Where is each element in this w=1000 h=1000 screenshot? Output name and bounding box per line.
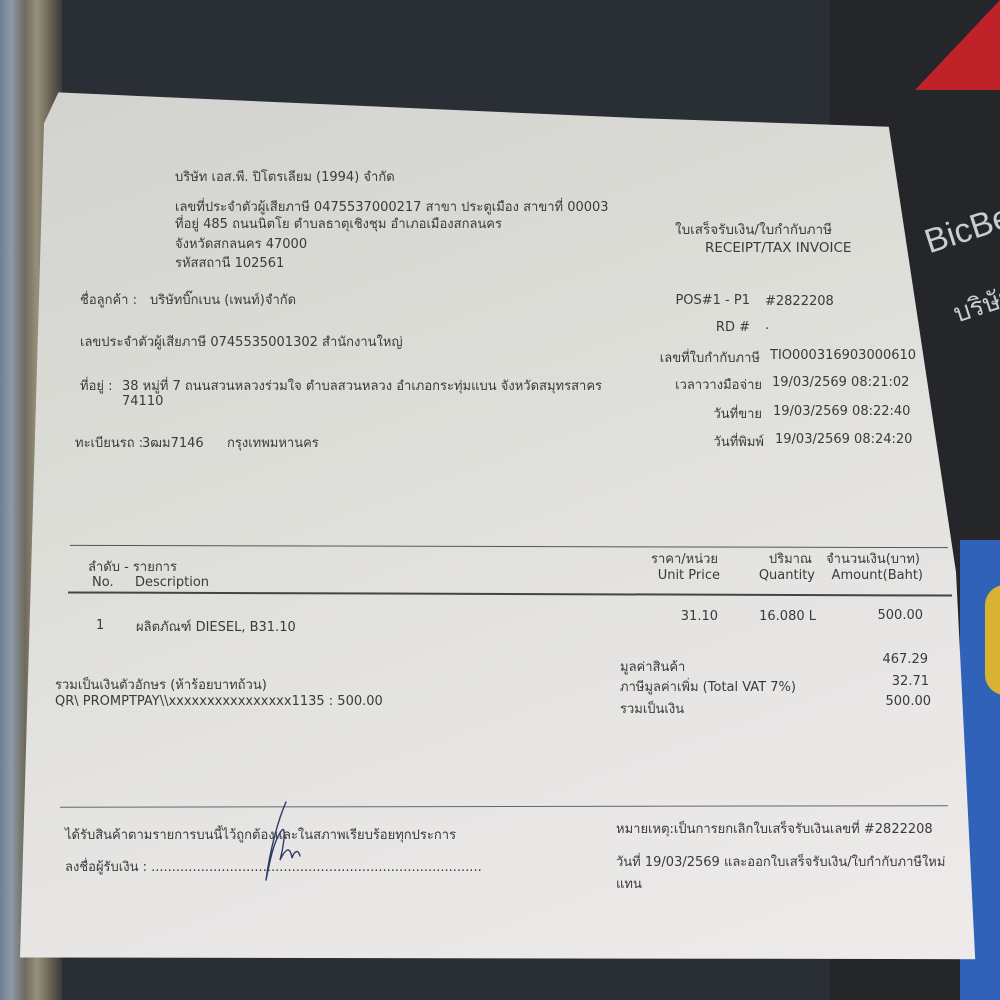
vat-value: 32.71 <box>840 674 929 689</box>
footer-rule <box>60 805 948 808</box>
amount-in-words: รวมเป็นเงินตัวอักษร (ห้าร้อยบาทถ้วน) <box>55 674 267 695</box>
meta-label-sale-date: วันที่ขาย <box>580 403 762 424</box>
total-value: 500.00 <box>840 694 931 709</box>
header-unit-price: Unit Price <box>600 568 720 583</box>
seller-address-1: ที่อยู่ 485 ถนนนิตโย ตำบลธาตุเชิงชุม อำเ… <box>175 213 502 234</box>
row-amount: 500.00 <box>820 608 923 623</box>
doc-title-thai: ใบเสร็จรับเงิน/ใบกำกับภาษี <box>675 218 832 240</box>
doc-title-english: RECEIPT/TAX INVOICE <box>705 240 851 256</box>
background-red-triangle <box>915 0 1000 90</box>
meta-value-print-date: 19/03/2569 08:24:20 <box>775 432 912 447</box>
row-quantity: 16.080 L <box>730 609 816 624</box>
handwritten-signature <box>256 800 316 890</box>
meta-label-pos: POS#1 - P1 <box>580 293 750 308</box>
header-unit-price-thai: ราคา/หน่วย <box>600 548 718 569</box>
remark-line-1: หมายเหตุ:เป็นการยกเลิกใบเสร็จรับเงินเลขท… <box>616 818 933 839</box>
background-yellow-object <box>985 585 1000 695</box>
subtotal-value: 467.29 <box>840 652 928 667</box>
customer-address-2: 74110 <box>122 394 163 409</box>
header-amount: Amount(Baht) <box>820 568 923 583</box>
receipt-paper: บริษัท เอส.พี. ปิโตรเลียม (1994) จำกัด เ… <box>20 88 980 968</box>
meta-value-dispense-time: 19/03/2569 08:21:02 <box>772 375 909 390</box>
customer-name: บริษัทบิ๊กเบน (เพนท์)จำกัด <box>150 289 296 310</box>
customer-tax-id: เลขประจำตัวผู้เสียภาษี 0745535001302 สำน… <box>80 331 403 352</box>
plate-number: 3ฒม7146 <box>142 432 204 453</box>
meta-label-dispense-time: เวลาวางมือจ่าย <box>580 374 762 395</box>
header-amount-thai: จำนวนเงิน(บาท) <box>820 548 920 569</box>
row-unit-price: 31.10 <box>620 609 718 624</box>
total-label: รวมเป็นเงิน <box>620 698 684 719</box>
meta-label-tax-invoice-no: เลขที่ใบกำกับภาษี <box>580 347 760 368</box>
remark-line-2: วันที่ 19/03/2569 และออกใบเสร็จรับเงิน/ใ… <box>616 851 945 872</box>
payment-method: QR\ PROMPTPAY\\xxxxxxxxxxxxxxxx1135 : 50… <box>55 694 383 709</box>
table-top-rule <box>70 545 948 548</box>
table-header-rule <box>68 591 952 596</box>
customer-name-label: ชื่อลูกค้า : <box>80 289 137 310</box>
customer-address-label: ที่อยู่ : <box>80 375 113 396</box>
meta-value-rd: . <box>765 318 769 333</box>
plate-label: ทะเบียนรถ : <box>75 432 143 453</box>
meta-value-pos: #2822208 <box>765 294 834 309</box>
remark-line-3: แทน <box>616 873 642 894</box>
customer-address-1: 38 หมู่ที่ 7 ถนนสวนหลวงร่วมใจ ตำบลสวนหลว… <box>122 375 602 396</box>
meta-value-tax-invoice-no: TIO000316903000610 <box>770 348 916 363</box>
header-no-description-thai: ลำดับ - รายการ <box>88 556 177 577</box>
header-description: Description <box>135 575 209 590</box>
plate-province: กรุงเทพมหานคร <box>227 432 319 453</box>
header-quantity-thai: ปริมาณ <box>730 548 812 569</box>
seller-station-code: รหัสสถานี 102561 <box>175 252 284 273</box>
row-no: 1 <box>96 618 104 633</box>
meta-value-sale-date: 19/03/2569 08:22:40 <box>773 404 910 419</box>
meta-label-print-date: วันที่พิมพ์ <box>580 431 764 452</box>
header-no: No. <box>92 575 114 590</box>
seller-name: บริษัท เอส.พี. ปิโตรเลียม (1994) จำกัด <box>175 166 395 187</box>
row-description: ผลิตภัณฑ์ DIESEL, B31.10 <box>136 616 296 637</box>
meta-label-rd: RD # <box>580 320 750 335</box>
vat-label: ภาษีมูลค่าเพิ่ม (Total VAT 7%) <box>620 676 796 697</box>
header-quantity: Quantity <box>730 568 815 583</box>
subtotal-label: มูลค่าสินค้า <box>620 656 685 677</box>
seller-address-2: จังหวัดสกลนคร 47000 <box>175 233 307 254</box>
